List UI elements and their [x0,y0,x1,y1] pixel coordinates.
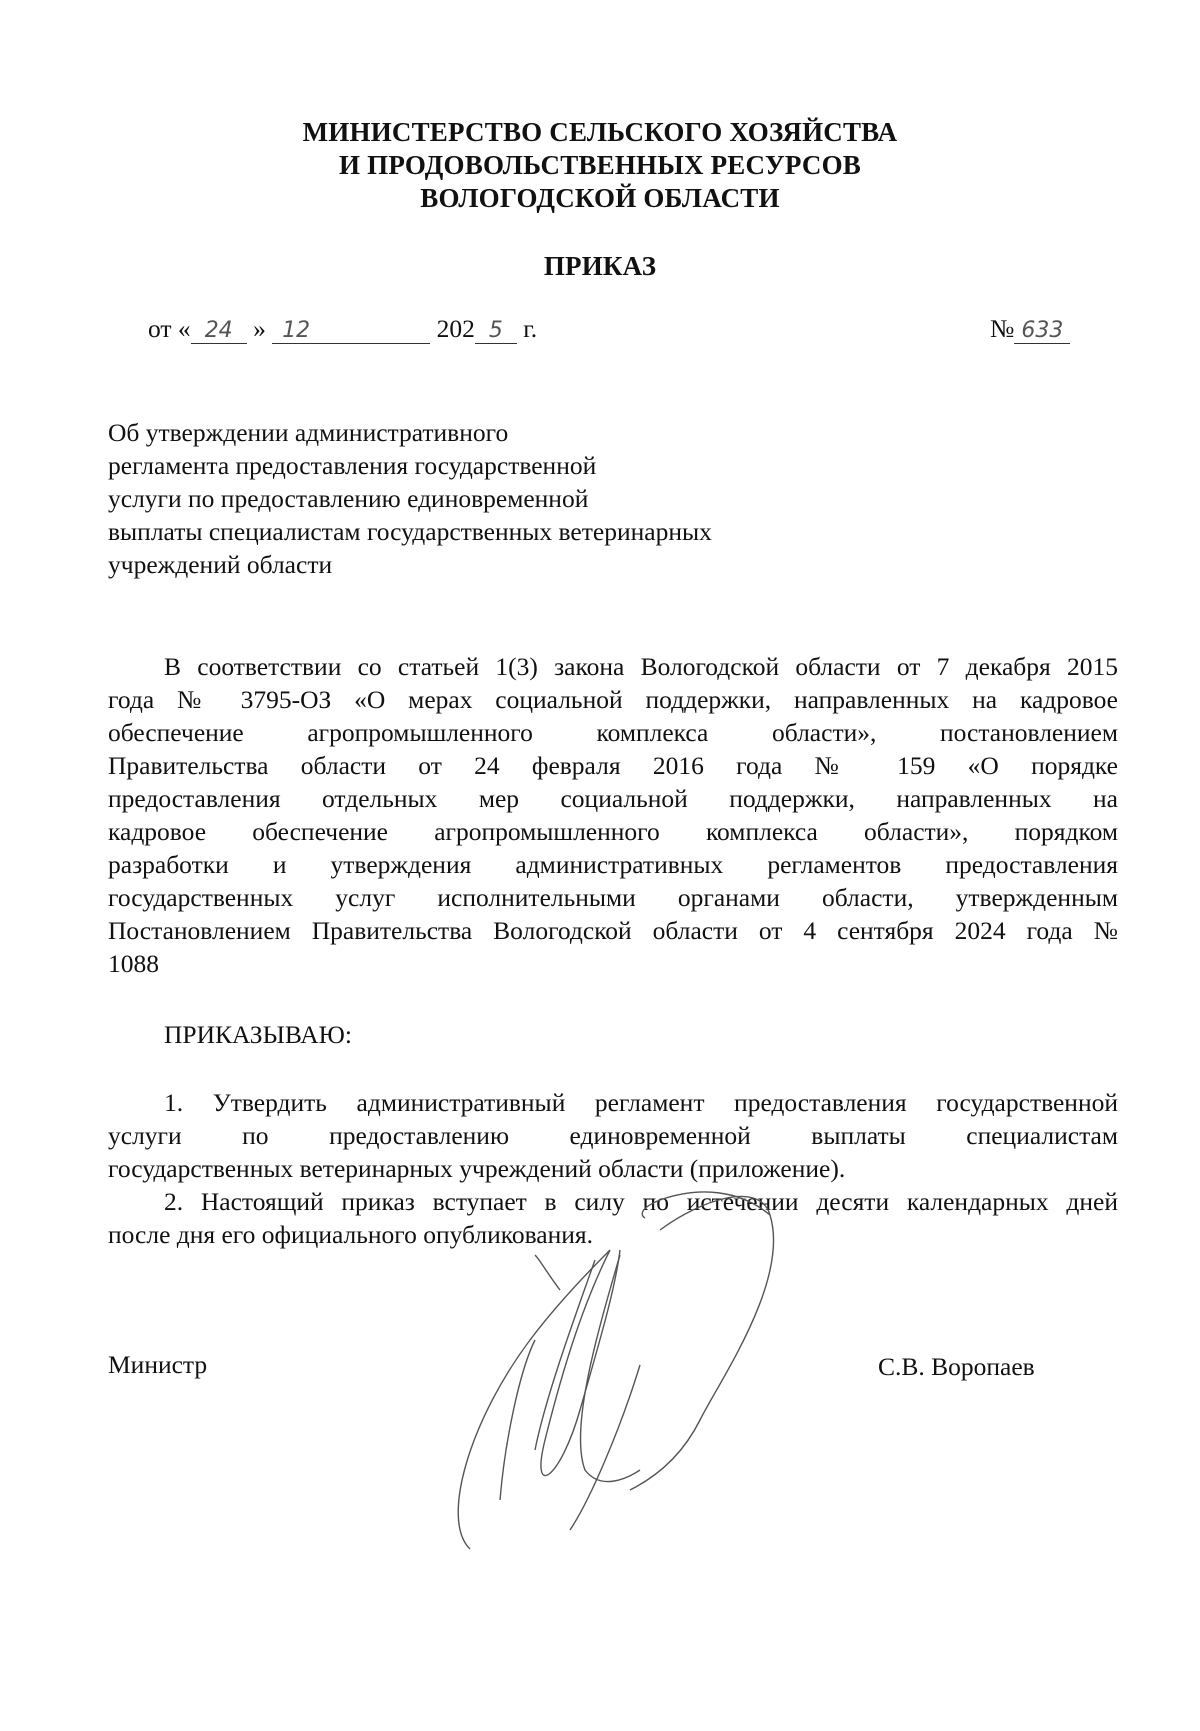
handwritten-signature-icon [0,0,1200,1731]
